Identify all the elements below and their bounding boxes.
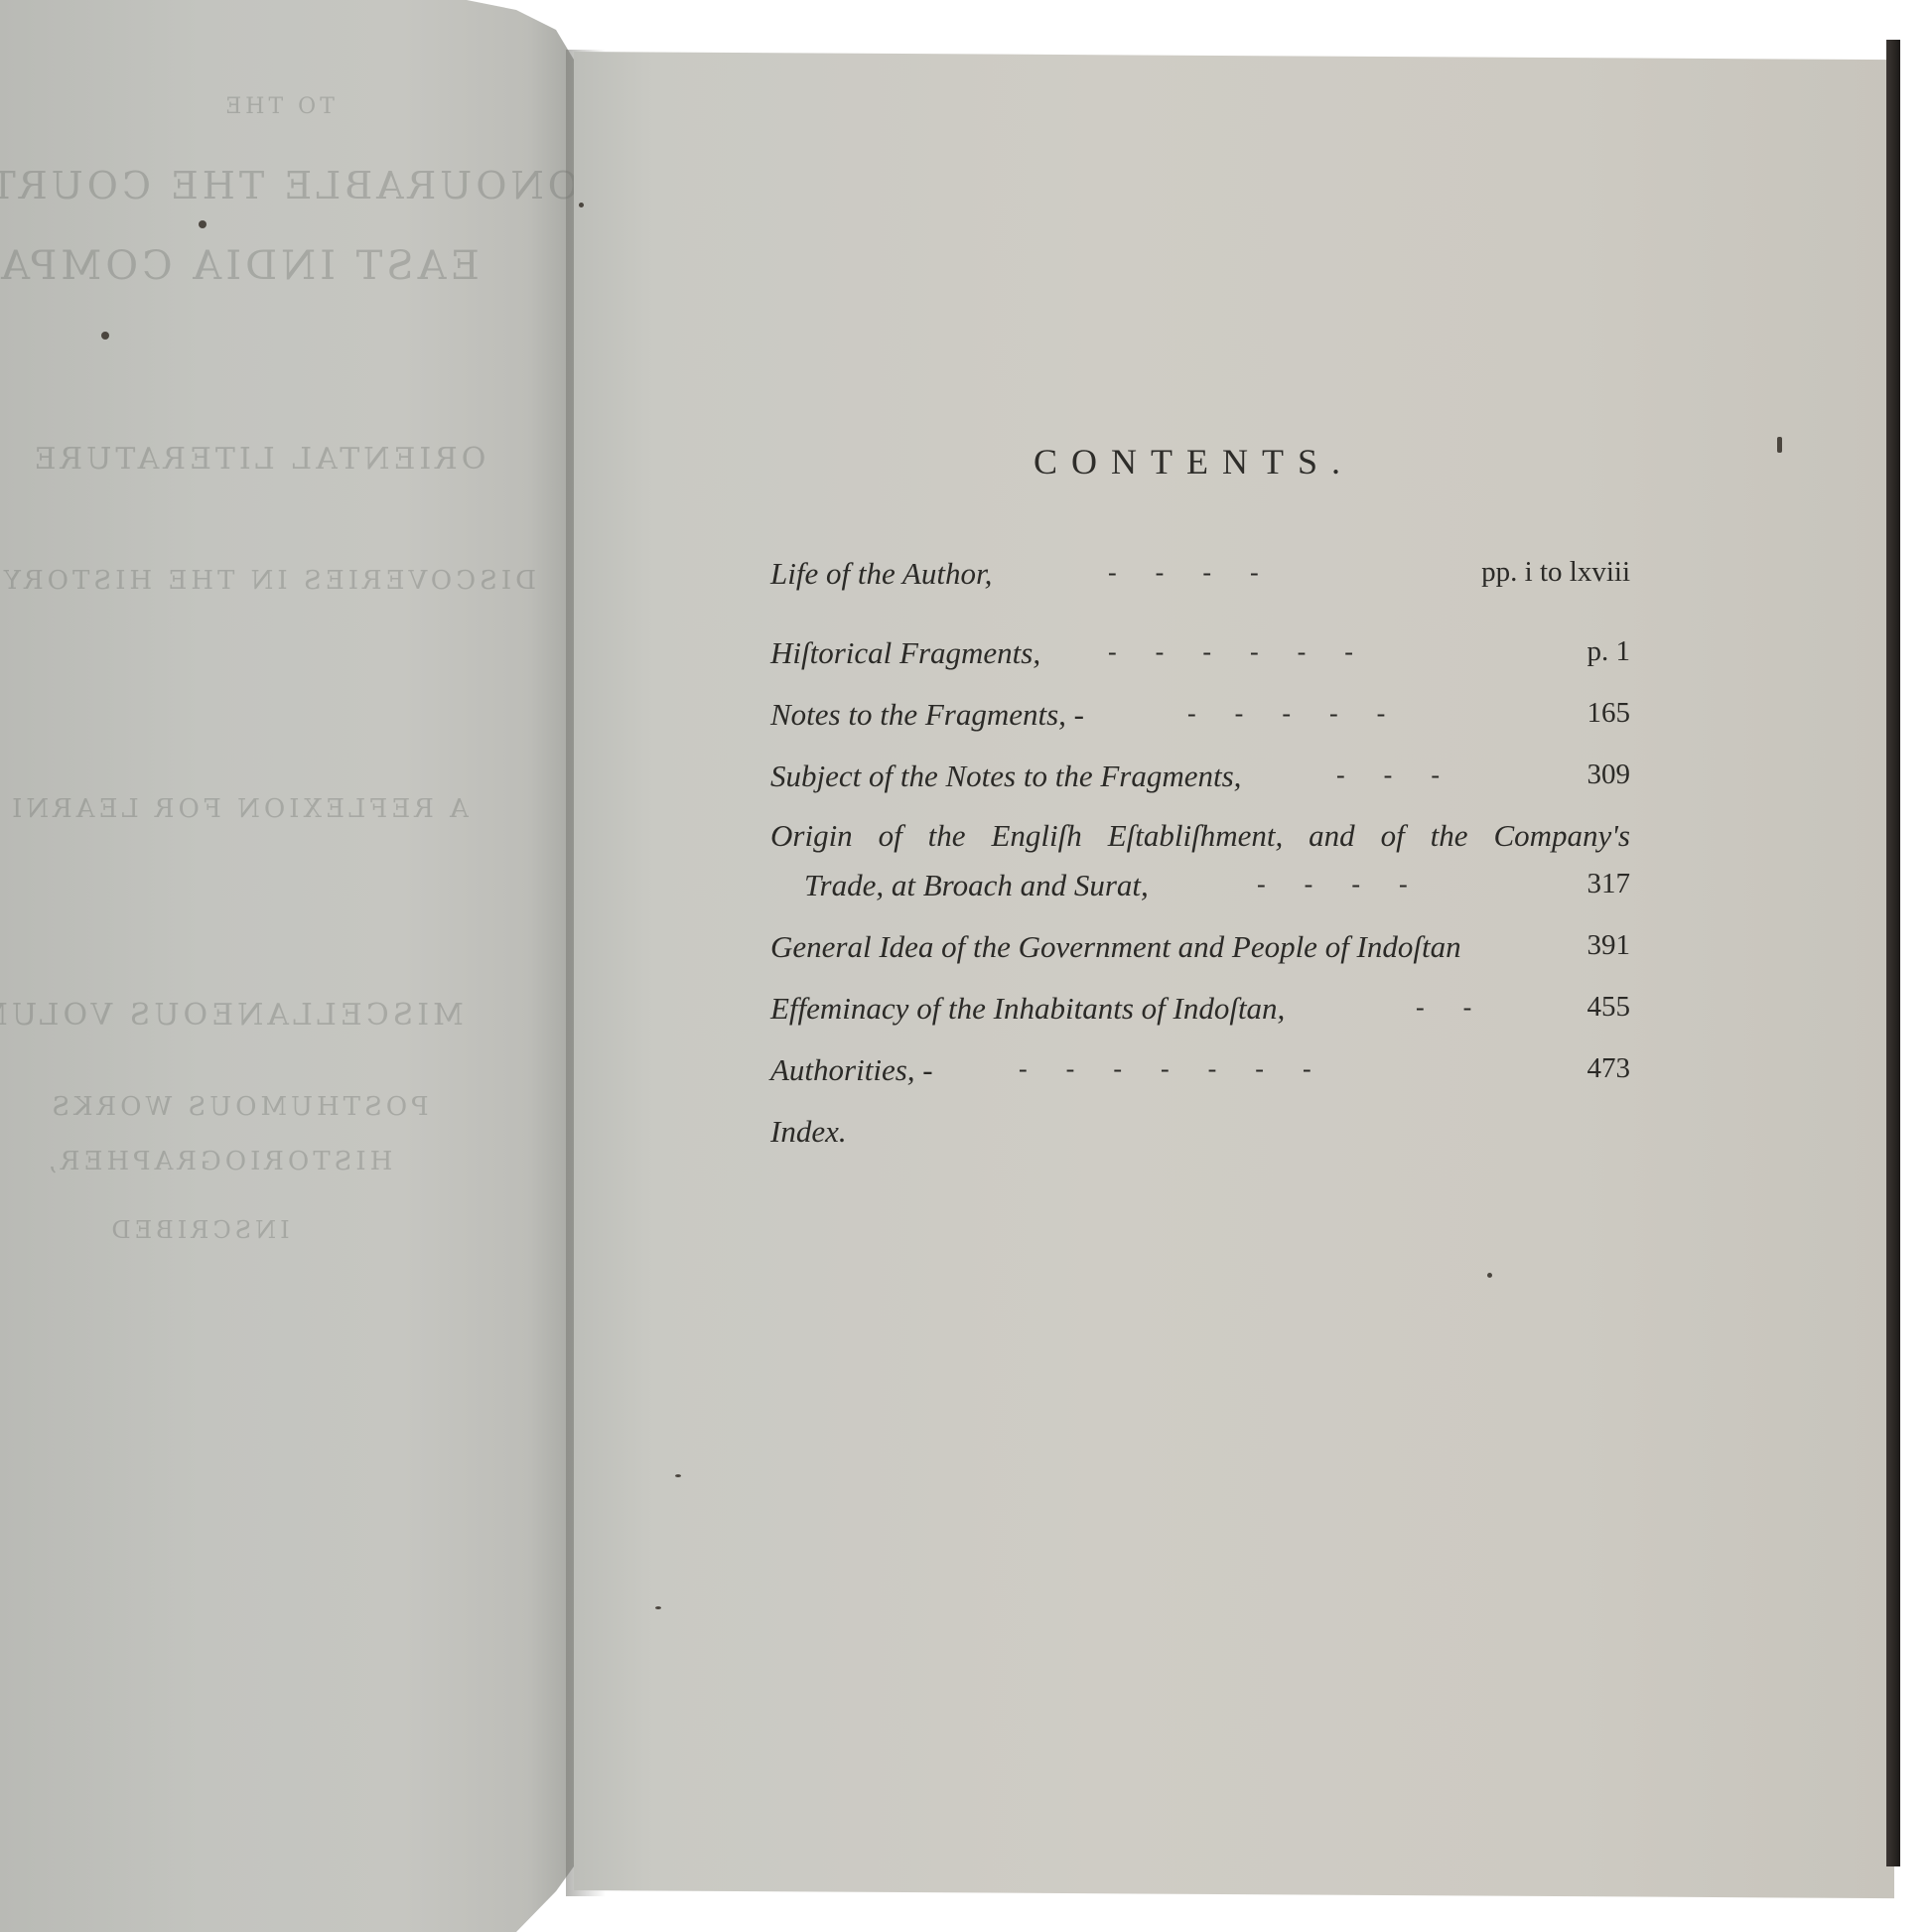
bleed-through-text: HISTORIOGRAPHER, <box>0 1147 496 1176</box>
toc-entry-page: 317 <box>1587 868 1631 900</box>
paper-spot <box>675 1474 681 1477</box>
toc-entry-page: p. 1 <box>1587 635 1631 668</box>
bleed-through-text: INSCRIBED <box>0 1216 477 1244</box>
toc-entry-title: Notes to the Fragments, - <box>770 697 1084 733</box>
toc-leaders: - - <box>1416 993 1471 1023</box>
bleed-through-text: POSTHUMOUS WORKS <box>0 1092 516 1122</box>
paper-spot <box>101 332 109 340</box>
toc-entry-title: Effeminacy of the Inhabitants of Indoſta… <box>770 991 1285 1027</box>
toc-leaders: - - - - - - - <box>1019 1054 1311 1084</box>
bleed-through-text: A REFLEXION FOR LEARNI <box>0 794 516 824</box>
toc-leaders: - - - - - - <box>1108 637 1353 667</box>
toc-entry-page: 165 <box>1587 697 1631 730</box>
paper-spot <box>1777 437 1782 453</box>
toc-entry: Authorities, - - - - - - - - 473 <box>770 1052 1630 1102</box>
toc-entry-page: 455 <box>1587 991 1631 1024</box>
toc-leaders: - - - - <box>1257 870 1408 899</box>
bleed-through-text: HONOURABLE THE COURT OF <box>60 164 616 207</box>
toc-entry-page: pp. i to lxviii <box>1481 556 1630 589</box>
toc-entry-page: 473 <box>1587 1052 1631 1085</box>
paper-spot <box>655 1606 661 1609</box>
toc-entry-title: Hiſtorical Fragments, <box>770 635 1040 671</box>
page-title: CONTENTS. <box>1034 441 1354 483</box>
toc-entry: Hiſtorical Fragments, - - - - - - p. 1 <box>770 635 1630 685</box>
toc-entry-title: General Idea of the Government and Peopl… <box>770 929 1461 965</box>
toc-entry-title: Life of the Author, <box>770 556 992 592</box>
toc-entry-title: Index. <box>770 1114 847 1150</box>
book-spread: TO THE HONOURABLE THE COURT OF EAST INDI… <box>0 0 1932 1932</box>
toc-entry: Life of the Author, - - - - pp. i to lxv… <box>770 556 1630 606</box>
toc-entry-title: Trade, at Broach and Surat, <box>804 868 1149 903</box>
toc-entry: Notes to the Fragments, - - - - - - 165 <box>770 697 1630 747</box>
toc-entry-title: Authorities, - <box>770 1052 933 1088</box>
toc-entry: General Idea of the Government and Peopl… <box>770 929 1630 979</box>
paper-spot <box>1487 1273 1492 1278</box>
paper-spot <box>579 203 584 207</box>
bleed-through-text: MISCELLANEOUS VOLUM <box>0 998 496 1033</box>
toc-leaders: - - - - <box>1108 558 1259 588</box>
toc-entry-line2: Trade, at Broach and Surat, - - - - 317 <box>770 868 1630 917</box>
toc-leaders: - - - - - <box>1187 699 1385 729</box>
toc-entry: Index. <box>770 1114 1630 1164</box>
toc-entry-title: Subject of the Notes to the Fragments, <box>770 759 1241 794</box>
bleed-through-text: EAST INDIA COMPA <box>0 243 516 289</box>
bleed-through-text: ORIENTAL LITERATURE <box>0 442 536 477</box>
toc-entry: Subject of the Notes to the Fragments, -… <box>770 759 1630 808</box>
bleed-through-text: TO THE <box>0 94 556 119</box>
bleed-through-text: DISCOVERIES IN THE HISTORY AND SCIE <box>0 566 536 596</box>
toc-entry: Effeminacy of the Inhabitants of Indoſta… <box>770 991 1630 1040</box>
paper-spot <box>199 220 207 228</box>
toc-entry-page: 309 <box>1587 759 1631 791</box>
toc-entry-line1: Origin of the Engliſh Eſtabliſhment, and… <box>770 818 1630 868</box>
left-page: TO THE HONOURABLE THE COURT OF EAST INDI… <box>0 0 574 1932</box>
toc-leaders: - - - <box>1336 760 1440 790</box>
cover-edge <box>1886 40 1900 1866</box>
toc-entry-page: 391 <box>1587 929 1631 962</box>
toc-entry-title: Origin of the Engliſh Eſtabliſhment, and… <box>770 818 1630 854</box>
